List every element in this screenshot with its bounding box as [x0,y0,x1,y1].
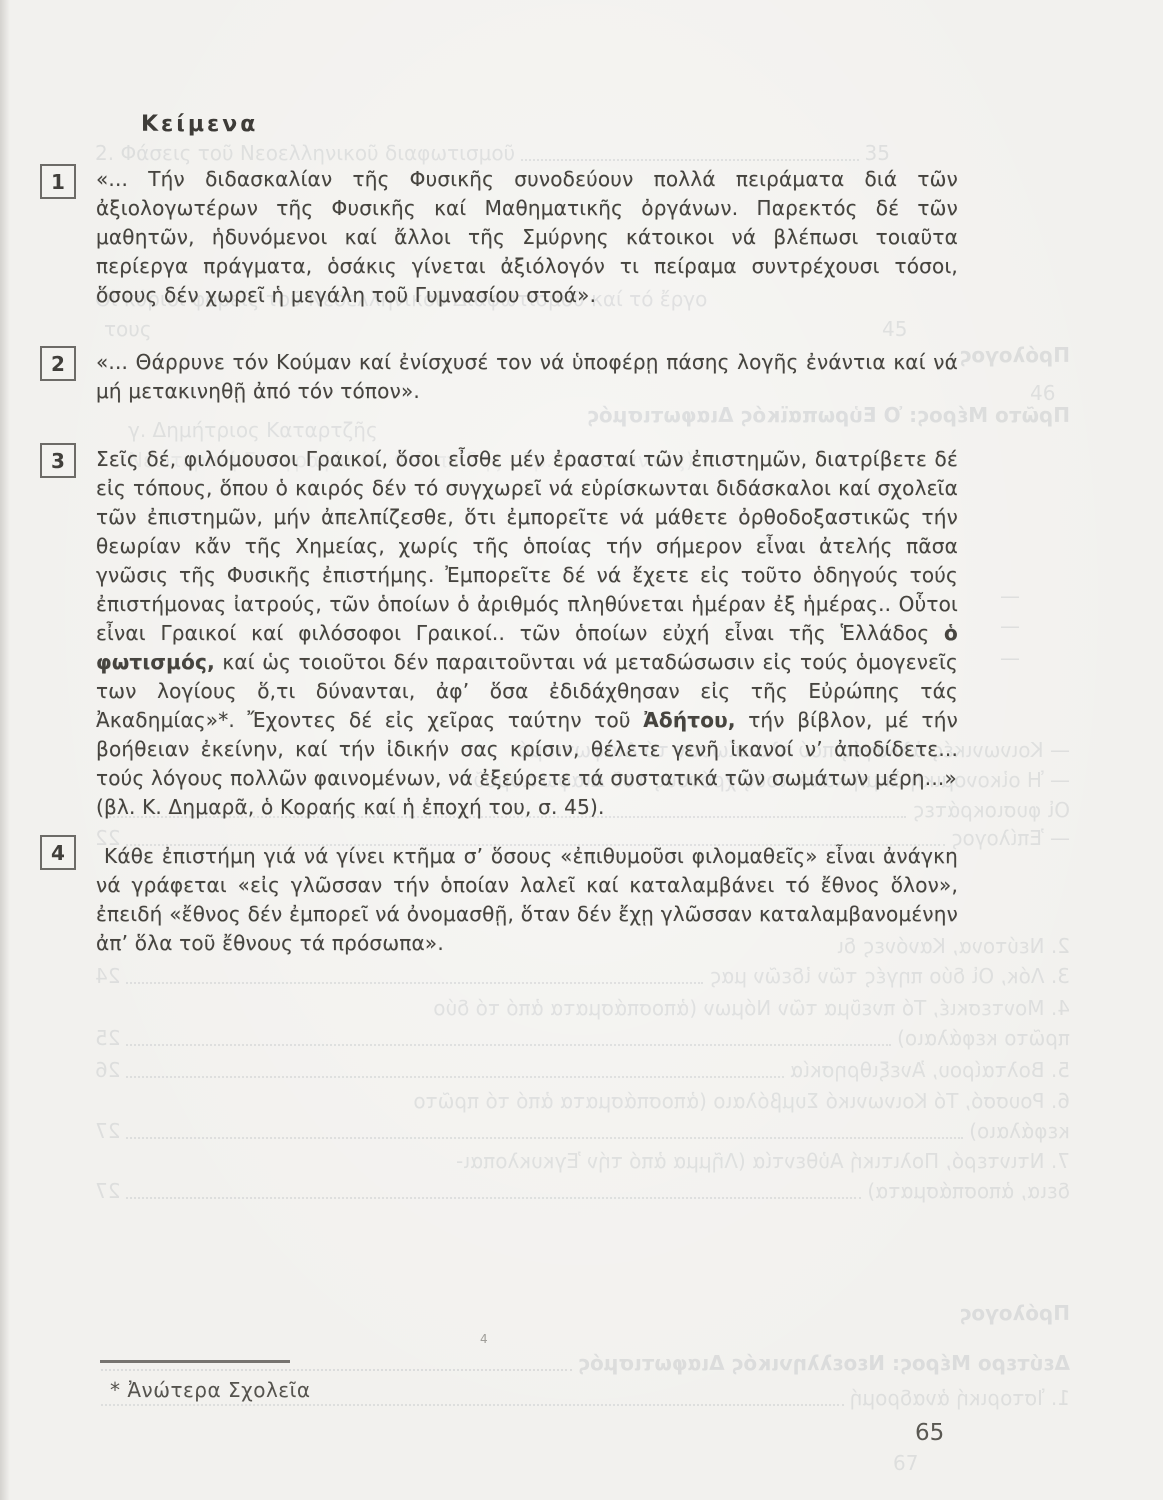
passage-number: 4 [51,841,65,865]
bleedthrough-toc-line: 6. Ρουσσό, Τό Κοινωνικό Συμβόλαιο (ἀποσπ… [95,1088,1070,1114]
passage-4-text: Κάθε ἐπιστήμη γιά νά γίνει κτῆμα σ’ ὅσου… [96,842,958,958]
footnote-rule [100,1360,290,1363]
scanned-book-page: { "page": { "heading": "Κείμενα", "page_… [0,0,1163,1500]
page-title: Κείμενα [141,112,258,137]
passage-3-bold-aditou: Ἀδήτου, [643,708,735,732]
bleedthrough-toc-line: τους [104,316,152,342]
passage-number: 3 [51,449,65,473]
bleedthrough-page-number: 67 [893,1450,918,1476]
passage-3-citation: (βλ. Κ. Δημαρᾶ, ὁ Κοραής καί ἡ ἐποχή του… [96,793,958,822]
bleedthrough-toc-line: 7. Ντιντερό, Πολιτική Αὐθεντία (Λῆμμα ἀπ… [95,1148,1070,1174]
passage-number-box-2: 2 [40,346,76,381]
bleedthrough-heading: Πρόλογος [95,1300,1070,1326]
passage-2-text: «... Θάρρυνε τόν Κούμαν καί ἐνίσχυσέ τον… [96,348,958,406]
bleedthrough-dash: — [1000,583,1020,609]
passage-number: 1 [51,170,65,194]
passage-3-part1: Σεῖς δέ, φιλόμουσοι Γραικοί, ὅσοι εἶσθε … [96,447,958,645]
passage-3-text: Σεῖς δέ, φιλόμουσοι Γραικοί, ὅσοι εἶσθε … [96,445,958,822]
bleedthrough-toc-line: κεφάλαιο)27 [95,1118,1070,1144]
bleedthrough-toc-line: 4. Μοντεσκιέ, Τό πνεῦμα τῶν Νόμων (ἀποσπ… [95,995,1070,1021]
bleedthrough-part-heading: Δεύτερο Μέρος: Νεοελληνικός Διαφωτισμός [95,1350,1070,1376]
bleedthrough-toc-line: 3. Λόκ, Οἱ δύο πηγές τῶν ἰδεῶν μας24 [95,963,1070,989]
bleedthrough-page-number: 45 [882,316,907,342]
bleedthrough-toc-line: δεια, ἀποσπάσματα)27 [95,1178,1070,1204]
page-number: 65 [915,1420,944,1446]
passage-number: 2 [51,352,65,376]
bleedthrough-toc-line: γ. Δημήτριος Καταρτζῆς [128,417,378,443]
bleedthrough-toc-line: πρῶτο κεφάλαιο)25 [95,1025,1070,1051]
bleedthrough-dash: — [1000,645,1020,671]
passage-number-box-3: 3 [40,443,76,478]
passage-number-box-1: 1 [40,164,76,199]
bleedthrough-toc-line: 5. Βολταίρου, Ἀνεξιθρησκία26 [95,1057,1070,1083]
bleedthrough-toc-line: 2. Φάσεις τοῦ Νεοελληνικοῦ διαφωτισμοῦ35 [95,140,890,166]
ink-speck: 4 [480,1332,488,1346]
passage-1-text: «... Τήν διδασκαλίαν τῆς Φυσικῆς συνοδεύ… [96,165,958,310]
scan-edge-shadow [0,0,10,1500]
footnote: * Ἀνώτερα Σχολεῖα [110,1378,311,1402]
bleedthrough-page-number: 46 [1030,380,1055,406]
passage-number-box-4: 4 [40,835,76,870]
bleedthrough-dash: — [1000,613,1020,639]
